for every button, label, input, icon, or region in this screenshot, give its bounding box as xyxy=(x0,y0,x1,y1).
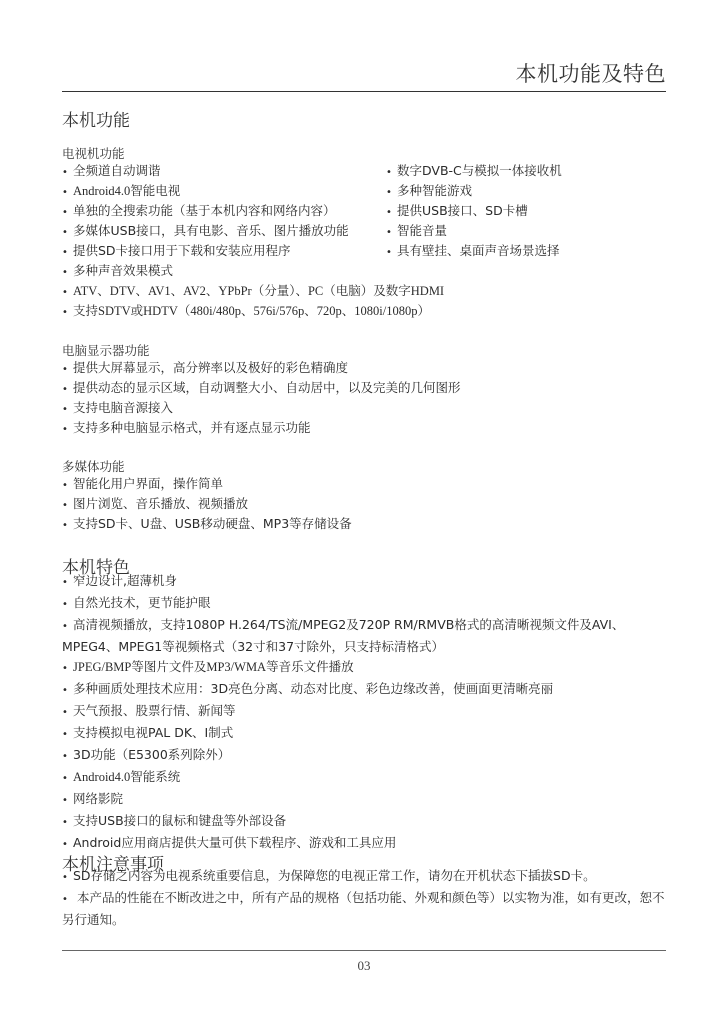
footer-divider xyxy=(62,950,666,951)
list-item: •支持电脑音源接入 xyxy=(62,398,461,418)
list-item: •支持模拟电视PAL DK、I制式 xyxy=(62,723,666,745)
bullet-icon: • xyxy=(386,243,397,263)
bullet-icon: • xyxy=(62,223,73,243)
bullet-icon: • xyxy=(62,659,73,679)
list-item: •多种声音效果模式 xyxy=(62,261,444,281)
bullet-icon: • xyxy=(386,163,397,183)
pc-functions-list: •提供大屏幕显示，高分辨率以及极好的彩色精确度 •提供动态的显示区域，自动调整大… xyxy=(62,358,461,438)
list-item: •自然光技术，更节能护眼 xyxy=(62,593,666,615)
page-header-title: 本机功能及特色 xyxy=(516,58,667,88)
list-item: •多种画质处理技术应用：3D亮色分离、动态对比度、彩色边缘改善，使画面更清晰亮丽 xyxy=(62,679,666,701)
bullet-icon: • xyxy=(62,360,73,380)
bullet-icon: • xyxy=(62,283,73,303)
bullet-icon: • xyxy=(62,703,73,723)
bullet-icon: • xyxy=(62,263,73,283)
bullet-icon: • xyxy=(62,516,73,536)
bullet-icon: • xyxy=(62,380,73,400)
bullet-icon: • xyxy=(62,573,73,593)
list-item: •提供动态的显示区域，自动调整大小、自动居中，以及完美的几何图形 xyxy=(62,378,461,398)
list-item: •多种智能游戏 xyxy=(386,181,562,201)
list-item: •高清视频播放，支持1080P H.264/TS流/MPEG2及720P RM/… xyxy=(62,615,666,657)
list-item: • 本产品的性能在不断改进之中，所有产品的规格（包括功能、外观和颜色等）以实物为… xyxy=(62,888,666,930)
subsection-title-multimedia: 多媒体功能 xyxy=(62,457,125,475)
list-item: •窄边设计,超薄机身 xyxy=(62,571,666,593)
bullet-icon: • xyxy=(62,769,73,789)
bullet-icon: • xyxy=(386,203,397,223)
bullet-icon: • xyxy=(62,868,73,888)
bullet-icon: • xyxy=(62,747,73,767)
list-item: •ATV、DTV、AV1、AV2、YPbPr（分量）、PC（电脑）及数字HDMI xyxy=(62,281,444,301)
list-item: •网络影院 xyxy=(62,789,666,811)
bullet-icon: • xyxy=(62,243,73,263)
bullet-icon: • xyxy=(62,476,73,496)
header-divider xyxy=(62,91,666,92)
page-number: 03 xyxy=(0,958,728,974)
list-item: •智能音量 xyxy=(386,221,562,241)
list-item: •支持SD卡、U盘、USB移动硬盘、MP3等存储设备 xyxy=(62,514,352,534)
bullet-icon: • xyxy=(386,183,397,203)
list-item: •图片浏览、音乐播放、视频播放 xyxy=(62,494,352,514)
bullet-icon: • xyxy=(62,303,73,323)
bullet-icon: • xyxy=(62,595,73,615)
bullet-icon: • xyxy=(62,791,73,811)
section-title-functions: 本机功能 xyxy=(62,106,130,131)
subsection-title-tv: 电视机功能 xyxy=(62,144,125,162)
list-item: •天气预报、股票行情、新闻等 xyxy=(62,701,666,723)
bullet-icon: • xyxy=(62,420,73,440)
bullet-icon: • xyxy=(62,813,73,833)
bullet-icon: • xyxy=(62,163,73,183)
bullet-icon: • xyxy=(386,223,397,243)
notes-list: •SD存储之内容为电视系统重要信息，为保障您的电视正常工作，请勿在开机状态下插拔… xyxy=(62,866,666,930)
list-item: •支持USB接口的鼠标和键盘等外部设备 xyxy=(62,811,666,833)
list-item: •数字DVB-C与模拟一体接收机 xyxy=(386,161,562,181)
bullet-icon: • xyxy=(62,617,73,637)
list-item: •支持SDTV或HDTV（480i/480p、576i/576p、720p、10… xyxy=(62,301,444,321)
list-item: •JPEG/BMP等图片文件及MP3/WMA等音乐文件播放 xyxy=(62,657,666,679)
list-item: •提供大屏幕显示，高分辨率以及极好的彩色精确度 xyxy=(62,358,461,378)
bullet-icon: • xyxy=(62,725,73,745)
list-item: •3D功能（E5300系列除外） xyxy=(62,745,666,767)
list-item: •智能化用户界面，操作简单 xyxy=(62,474,352,494)
bullet-icon: • xyxy=(62,890,73,910)
multimedia-functions-list: •智能化用户界面，操作简单 •图片浏览、音乐播放、视频播放 •支持SD卡、U盘、… xyxy=(62,474,352,534)
bullet-icon: • xyxy=(62,496,73,516)
bullet-icon: • xyxy=(62,203,73,223)
list-item: •支持多种电脑显示格式，并有逐点显示功能 xyxy=(62,418,461,438)
list-item: •具有壁挂、桌面声音场景选择 xyxy=(386,241,562,261)
subsection-title-pc: 电脑显示器功能 xyxy=(62,341,150,359)
list-item: •SD存储之内容为电视系统重要信息，为保障您的电视正常工作，请勿在开机状态下插拔… xyxy=(62,866,666,888)
features-list: •窄边设计,超薄机身 •自然光技术，更节能护眼 •高清视频播放，支持1080P … xyxy=(62,571,666,855)
bullet-icon: • xyxy=(62,681,73,701)
tv-functions-right-list: •数字DVB-C与模拟一体接收机 •多种智能游戏 •提供USB接口、SD卡槽 •… xyxy=(386,161,562,261)
bullet-icon: • xyxy=(62,400,73,420)
bullet-icon: • xyxy=(62,183,73,203)
list-item: •Android4.0智能系统 xyxy=(62,767,666,789)
list-item: •提供USB接口、SD卡槽 xyxy=(386,201,562,221)
